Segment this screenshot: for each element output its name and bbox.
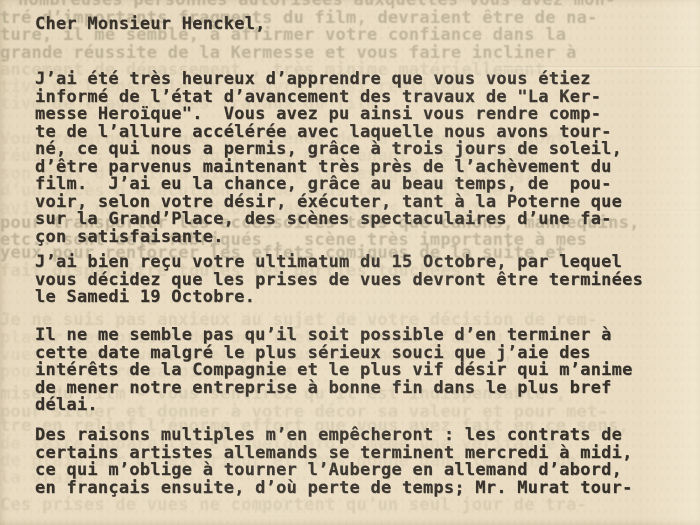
paragraph: J’ai bien reçu votre ultimatum du 15 Oct… (35, 254, 643, 307)
letter-body: Cher Monsieur Henckel, J’ai été très heu… (35, 0, 700, 525)
salutation: Cher Monsieur Henckel, (35, 16, 266, 34)
paragraph: Des raisons multiples m’en empêcheront :… (35, 427, 633, 497)
paragraph: Il ne me semble pas qu’il soit possible … (35, 327, 633, 415)
paragraph: J’ai été très heureux d’apprendre que vo… (35, 71, 622, 246)
letter-page: nombreuses personnes autorisées auxquell… (0, 0, 700, 525)
